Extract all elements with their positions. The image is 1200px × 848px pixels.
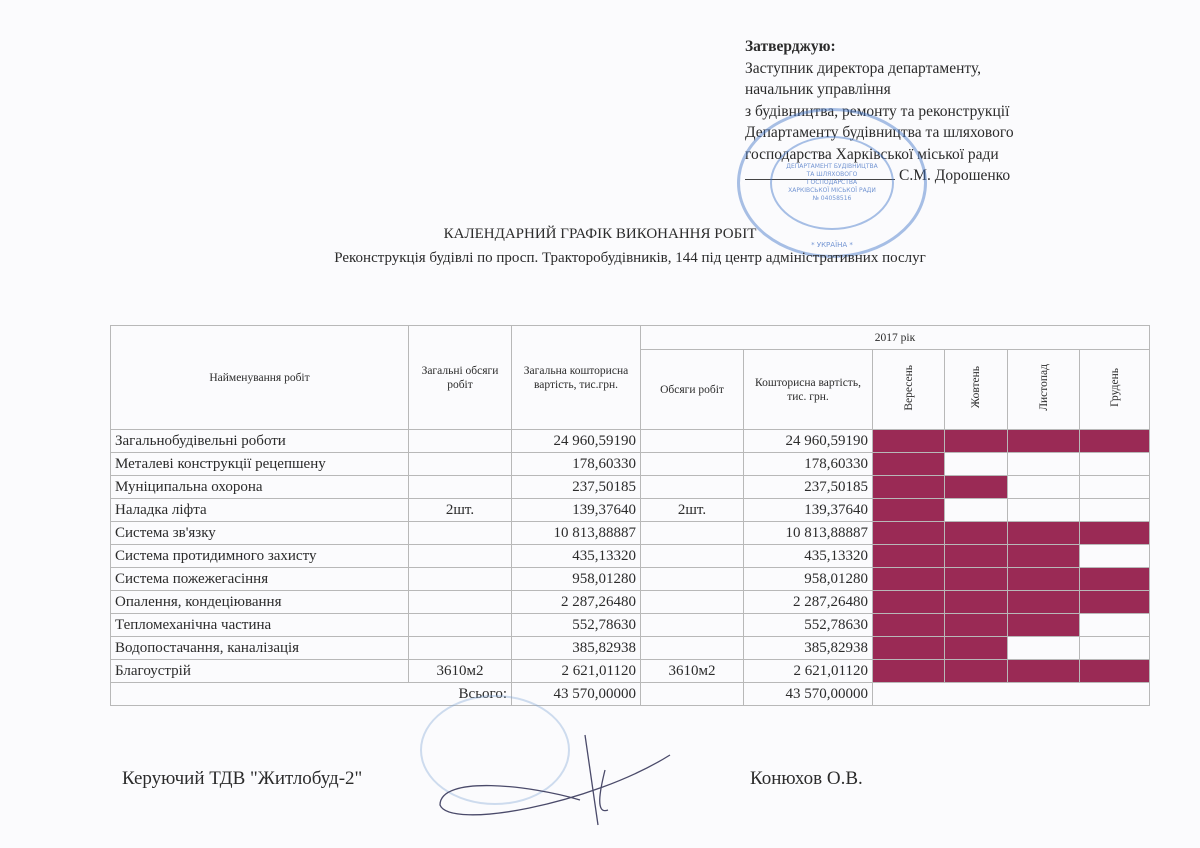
cell-cost: 2 287,26480 — [744, 591, 873, 614]
cell-volume — [641, 522, 744, 545]
cell-total-volume — [409, 591, 512, 614]
approval-heading: Затверджую: — [745, 36, 1014, 58]
signature-icon — [420, 730, 680, 830]
table-row: Наладка ліфта2шт.139,376402шт.139,37640 — [111, 499, 1150, 522]
cell-cost: 237,50185 — [744, 476, 873, 499]
cell-total-volume — [409, 545, 512, 568]
gantt-empty-cell — [1080, 614, 1150, 637]
cell-total-cost: 237,50185 — [512, 476, 641, 499]
gantt-bar-cell — [873, 568, 945, 591]
gantt-bar-cell — [1080, 660, 1150, 683]
gantt-bar-cell — [945, 545, 1008, 568]
gantt-bar-cell — [873, 637, 945, 660]
cell-total-volume — [409, 637, 512, 660]
month-label: Вересень — [902, 365, 916, 411]
cell-total-cost: 10 813,88887 — [512, 522, 641, 545]
header-month: Грудень — [1080, 350, 1150, 430]
gantt-bar-cell — [873, 591, 945, 614]
gantt-bar-cell — [1008, 660, 1080, 683]
total-empty — [111, 683, 409, 706]
cell-name: Загальнобудівельні роботи — [111, 430, 409, 453]
gantt-bar-cell — [1008, 430, 1080, 453]
gantt-bar-cell — [1080, 591, 1150, 614]
gantt-bar-cell — [945, 614, 1008, 637]
gantt-bar-cell — [945, 591, 1008, 614]
cell-total-cost: 2 287,26480 — [512, 591, 641, 614]
cell-total-volume: 3610м2 — [409, 660, 512, 683]
cell-cost: 958,01280 — [744, 568, 873, 591]
table-row: Благоустрій3610м22 621,011203610м22 621,… — [111, 660, 1150, 683]
table-row: Система пожежегасіння958,01280958,01280 — [111, 568, 1150, 591]
table-body: Загальнобудівельні роботи24 960,5919024 … — [111, 430, 1150, 683]
cell-name: Система протидимного захисту — [111, 545, 409, 568]
gantt-empty-cell — [945, 453, 1008, 476]
header-total-volume: Загальні обсяги робіт — [409, 326, 512, 430]
gantt-bar-cell — [945, 637, 1008, 660]
cell-name: Муніципальна охорона — [111, 476, 409, 499]
gantt-bar-cell — [873, 430, 945, 453]
header-month: Листопад — [1008, 350, 1080, 430]
cell-total-cost: 552,78630 — [512, 614, 641, 637]
footer-signatory: Конюхов О.В. — [750, 768, 863, 790]
gantt-empty-cell — [1080, 637, 1150, 660]
gantt-empty-cell — [1008, 476, 1080, 499]
table-row: Муніципальна охорона237,50185237,50185 — [111, 476, 1150, 499]
gantt-bar-cell — [945, 522, 1008, 545]
cell-total-cost: 178,60330 — [512, 453, 641, 476]
gantt-bar-cell — [1008, 568, 1080, 591]
cell-name: Водопостачання, каналізація — [111, 637, 409, 660]
cell-volume — [641, 430, 744, 453]
gantt-bar-cell — [873, 660, 945, 683]
cell-cost: 178,60330 — [744, 453, 873, 476]
gantt-bar-cell — [1080, 430, 1150, 453]
cell-cost: 10 813,88887 — [744, 522, 873, 545]
cell-name: Система зв'язку — [111, 522, 409, 545]
total-row: Всього: 43 570,00000 43 570,00000 — [111, 683, 1150, 706]
header-total-cost: Загальна кошторисна вартість, тис.грн. — [512, 326, 641, 430]
gantt-empty-cell — [1008, 499, 1080, 522]
cell-cost: 24 960,59190 — [744, 430, 873, 453]
cell-total-cost: 958,01280 — [512, 568, 641, 591]
stamp-text: № 04058516 — [813, 195, 852, 203]
gantt-empty-cell — [1080, 476, 1150, 499]
header-volume: Обсяги робіт — [641, 350, 744, 430]
stamp-text: ГОСПОДАРСТВА — [807, 179, 857, 187]
cell-total-volume: 2шт. — [409, 499, 512, 522]
cell-total-volume — [409, 430, 512, 453]
cell-volume — [641, 568, 744, 591]
month-label: Листопад — [1037, 364, 1051, 411]
approval-line: Заступник директора департаменту, — [745, 58, 1014, 80]
cell-total-volume — [409, 568, 512, 591]
gantt-empty-cell — [1008, 453, 1080, 476]
cell-cost: 435,13320 — [744, 545, 873, 568]
cell-cost: 552,78630 — [744, 614, 873, 637]
gantt-empty-cell — [1080, 545, 1150, 568]
table-row: Опалення, кондеціювання2 287,264802 287,… — [111, 591, 1150, 614]
schedule-table: Найменування робіт Загальні обсяги робіт… — [110, 325, 1150, 706]
cell-total-cost: 24 960,59190 — [512, 430, 641, 453]
gantt-empty-cell — [1080, 499, 1150, 522]
cell-name: Тепломеханічна частина — [111, 614, 409, 637]
gantt-bar-cell — [945, 476, 1008, 499]
gantt-bar-cell — [1080, 522, 1150, 545]
cell-total-volume — [409, 453, 512, 476]
cell-volume — [641, 476, 744, 499]
cell-volume — [641, 545, 744, 568]
document-subtitle: Реконструкція будівлі по просп. Тракторо… — [0, 250, 1200, 267]
table-row: Система зв'язку10 813,8888710 813,88887 — [111, 522, 1150, 545]
cell-cost: 139,37640 — [744, 499, 873, 522]
header-month: Жовтень — [945, 350, 1008, 430]
gantt-bar-cell — [873, 453, 945, 476]
gantt-bar-cell — [945, 660, 1008, 683]
approval-line: начальник управління — [745, 79, 1014, 101]
cell-name: Металеві конструкції рецепшену — [111, 453, 409, 476]
cell-name: Система пожежегасіння — [111, 568, 409, 591]
table-row: Тепломеханічна частина552,78630552,78630 — [111, 614, 1150, 637]
cell-cost: 2 621,01120 — [744, 660, 873, 683]
gantt-bar-cell — [873, 499, 945, 522]
cell-cost: 385,82938 — [744, 637, 873, 660]
gantt-bar-cell — [1008, 545, 1080, 568]
gantt-bar-cell — [945, 568, 1008, 591]
cell-volume — [641, 637, 744, 660]
cell-name: Опалення, кондеціювання — [111, 591, 409, 614]
document-title: КАЛЕНДАРНИЙ ГРАФІК ВИКОНАННЯ РОБІТ — [0, 226, 1200, 243]
stamp-text: ДЕПАРТАМЕНТ БУДІВНИЦТВА — [786, 163, 877, 171]
table-row: Водопостачання, каналізація385,82938385,… — [111, 637, 1150, 660]
cell-volume: 3610м2 — [641, 660, 744, 683]
gantt-bar-cell — [1008, 614, 1080, 637]
gantt-bar-cell — [873, 614, 945, 637]
month-label: Грудень — [1108, 368, 1122, 407]
month-label: Жовтень — [969, 366, 983, 408]
cell-name: Наладка ліфта — [111, 499, 409, 522]
gantt-bar-cell — [1080, 568, 1150, 591]
footer-manager: Керуючий ТДВ "Житлобуд-2" — [122, 768, 362, 790]
gantt-bar-cell — [945, 430, 1008, 453]
header-cost: Кошторисна вартість, тис. грн. — [744, 350, 873, 430]
gantt-bar-cell — [1008, 591, 1080, 614]
stamp-inner: ДЕПАРТАМЕНТ БУДІВНИЦТВА ТА ШЛЯХОВОГО ГОС… — [770, 136, 894, 230]
cell-volume — [641, 614, 744, 637]
cell-total-volume — [409, 476, 512, 499]
cell-total-cost: 139,37640 — [512, 499, 641, 522]
header-month: Вересень — [873, 350, 945, 430]
cell-volume — [641, 591, 744, 614]
cell-total-cost: 435,13320 — [512, 545, 641, 568]
total-months-empty — [873, 683, 1150, 706]
gantt-bar-cell — [873, 545, 945, 568]
total-volume — [641, 683, 744, 706]
stamp-text: ТА ШЛЯХОВОГО — [807, 171, 858, 179]
gantt-bar-cell — [873, 476, 945, 499]
cell-volume: 2шт. — [641, 499, 744, 522]
stamp-text: ХАРКІВСЬКОЇ МІСЬКОЇ РАДИ — [788, 187, 876, 195]
cell-volume — [641, 453, 744, 476]
gantt-empty-cell — [945, 499, 1008, 522]
table-row: Металеві конструкції рецепшену178,603301… — [111, 453, 1150, 476]
gantt-empty-cell — [1008, 637, 1080, 660]
cell-total-cost: 2 621,01120 — [512, 660, 641, 683]
table-row: Система протидимного захисту435,13320435… — [111, 545, 1150, 568]
header-year: 2017 рік — [641, 326, 1150, 350]
gantt-bar-cell — [1008, 522, 1080, 545]
header-name: Найменування робіт — [111, 326, 409, 430]
cell-total-volume — [409, 614, 512, 637]
gantt-empty-cell — [1080, 453, 1150, 476]
gantt-bar-cell — [873, 522, 945, 545]
cell-total-volume — [409, 522, 512, 545]
table-row: Загальнобудівельні роботи24 960,5919024 … — [111, 430, 1150, 453]
total-cost: 43 570,00000 — [744, 683, 873, 706]
cell-name: Благоустрій — [111, 660, 409, 683]
cell-total-cost: 385,82938 — [512, 637, 641, 660]
